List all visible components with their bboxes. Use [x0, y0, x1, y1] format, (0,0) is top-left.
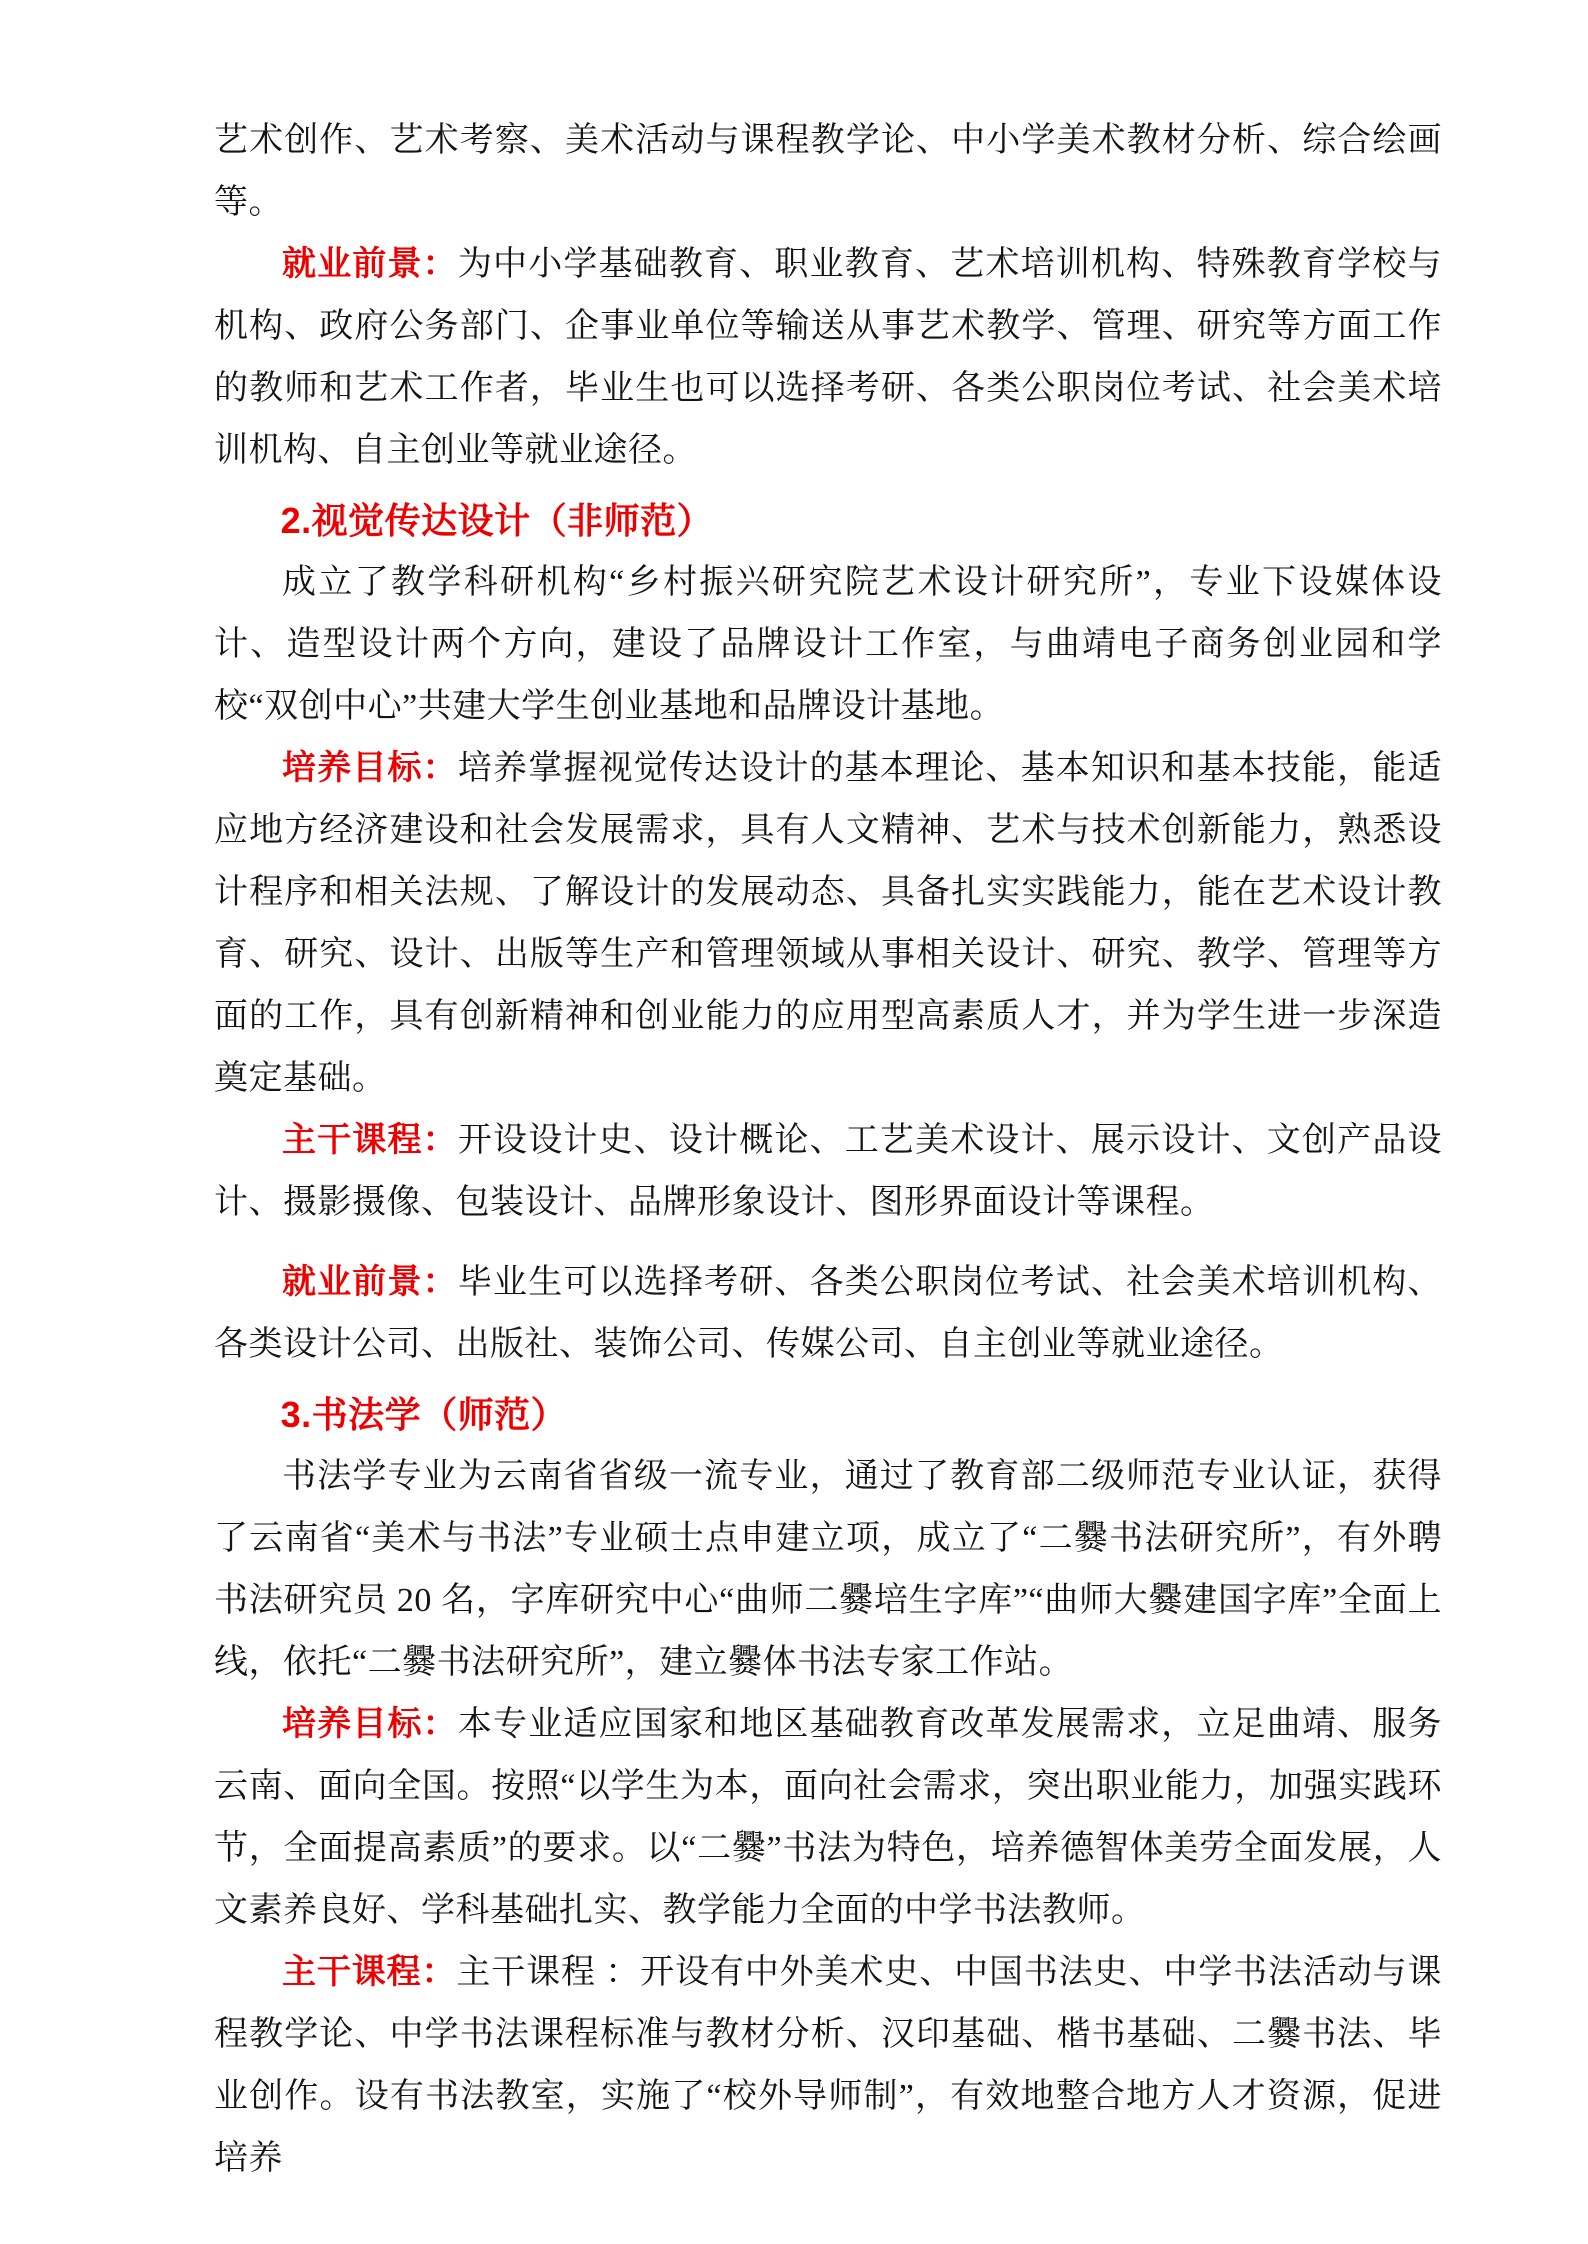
paragraph-visual-design-main-courses: 主干课程：开设设计史、设计概论、工艺美术设计、展示设计、文创产品设计、摄影摄像、… [214, 1110, 1442, 1234]
employment-prospects-label: 就业前景： [282, 246, 458, 283]
training-goal-label: 培养目标： [282, 750, 458, 787]
document-page: 艺术创作、艺术考察、美术活动与课程教学论、中小学美术教材分析、综合绘画等。 就业… [0, 0, 1588, 2244]
employment-prospects-label: 就业前景： [282, 1264, 458, 1301]
paragraph-text: 成立了教学科研机构“乡村振兴研究院艺术设计研究所”，专业下设媒体设计、造型设计两… [214, 564, 1442, 725]
heading-text: 3.书法学（师范） [281, 1394, 568, 1435]
paragraph-calligraphy-training-goal: 培养目标：本专业适应国家和地区基础教育改革发展需求，立足曲靖、服务云南、面向全国… [214, 1694, 1442, 1942]
document-body: 艺术创作、艺术考察、美术活动与课程教学论、中小学美术教材分析、综合绘画等。 就业… [214, 110, 1442, 2190]
paragraph-employment-art-education: 就业前景：为中小学基础教育、职业教育、艺术培训机构、特殊教育学校与机构、政府公务… [214, 234, 1442, 482]
paragraph-text: 培养掌握视觉传达设计的基本理论、基本知识和基本技能，能适应地方经济建设和社会发展… [214, 750, 1442, 1097]
training-goal-label: 培养目标： [282, 1706, 458, 1743]
heading-text: 2.视觉传达设计（非师范） [281, 500, 714, 541]
paragraph-courses-tail: 艺术创作、艺术考察、美术活动与课程教学论、中小学美术教材分析、综合绘画等。 [214, 110, 1442, 234]
paragraph-text: 书法学专业为云南省省级一流专业，通过了教育部二级师范专业认证，获得了云南省“美术… [214, 1458, 1442, 1681]
main-courses-label: 主干课程： [282, 1122, 458, 1159]
paragraph-visual-design-employment: 就业前景：毕业生可以选择考研、各类公职岗位考试、社会美术培训机构、各类设计公司、… [214, 1252, 1442, 1376]
paragraph-calligraphy-main-courses: 主干课程：主干课程 ：开设有中外美术史、中国书法史、中学书法活动与课程教学论、中… [214, 1942, 1442, 2190]
section-heading-calligraphy: 3.书法学（师范） [214, 1384, 1442, 1446]
section-heading-visual-communication-design: 2.视觉传达设计（非师范） [214, 490, 1442, 552]
main-courses-label: 主干课程： [282, 1954, 456, 1991]
paragraph-calligraphy-intro: 书法学专业为云南省省级一流专业，通过了教育部二级师范专业认证，获得了云南省“美术… [214, 1446, 1442, 1694]
paragraph-visual-design-training-goal: 培养目标：培养掌握视觉传达设计的基本理论、基本知识和基本技能，能适应地方经济建设… [214, 738, 1442, 1110]
paragraph-text: 艺术创作、艺术考察、美术活动与课程教学论、中小学美术教材分析、综合绘画等。 [214, 122, 1442, 221]
paragraph-visual-design-intro: 成立了教学科研机构“乡村振兴研究院艺术设计研究所”，专业下设媒体设计、造型设计两… [214, 552, 1442, 738]
